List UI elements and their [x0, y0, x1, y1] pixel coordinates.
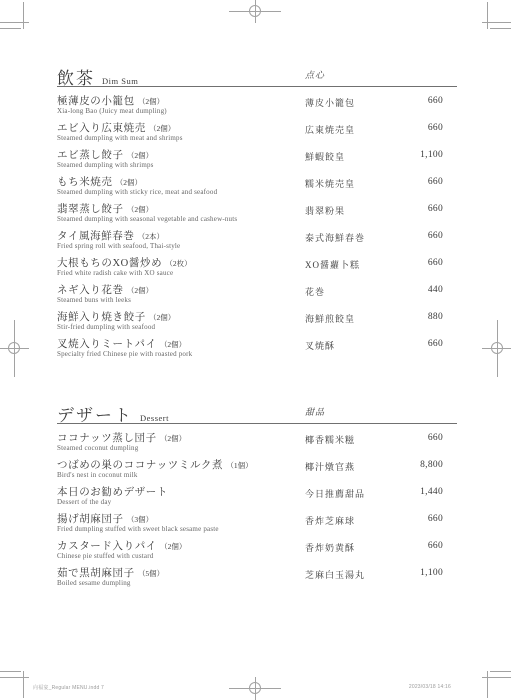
item-name-japanese: 茹で黒胡麻団子 （5個）: [57, 568, 457, 579]
item-name-japanese: カスタード入りパイ （2個）: [57, 541, 457, 552]
section-title-chinese: 甜品: [305, 405, 325, 418]
item-name-japanese: エビ蒸し餃子 （2個）: [57, 150, 457, 161]
item-name-chinese: XO醤蘿卜糕: [305, 258, 360, 271]
item-quantity: （2個）: [160, 434, 186, 443]
section-title-japanese: 飲茶: [57, 64, 95, 89]
item-quantity: （2枚）: [165, 259, 191, 268]
item-quantity: （2個）: [160, 340, 186, 349]
menu-item-row: ココナッツ蒸し団子 （2個） Steamed coconut dumpling …: [57, 424, 457, 451]
item-name-chinese: 翡翠粉果: [305, 204, 345, 217]
menu-item-row: カスタード入りパイ （2個） Chinese pie stuffed with …: [57, 532, 457, 559]
item-quantity: （2個）: [127, 286, 153, 295]
item-quantity: （2個）: [127, 151, 153, 160]
section-title-english: Dim Sum: [102, 76, 138, 86]
item-name-japanese: 極薄皮の小籠包 （2個）: [57, 96, 457, 107]
item-name-japanese: 本日のお勧めデザート: [57, 487, 457, 498]
item-name-chinese: 芝麻白玉湯丸: [305, 568, 365, 581]
item-price: 660: [428, 514, 443, 524]
item-name-japanese: 翡翠蒸し餃子 （2個）: [57, 204, 457, 215]
item-name-chinese: 広東焼売皇: [305, 123, 355, 136]
item-name-japanese: 揚げ胡麻団子 （3個）: [57, 514, 457, 525]
item-quantity: （2本）: [138, 232, 164, 241]
menu-sections: 飲茶Dim Sum 点心 極薄皮の小籠包 （2個） Xia-long Bao (…: [57, 64, 457, 630]
item-quantity: （1個）: [226, 461, 252, 470]
item-price: 660: [428, 96, 443, 106]
item-price: 660: [428, 231, 443, 241]
menu-item-row: 叉焼入りミートパイ （2個） Specialty fried Chinese p…: [57, 330, 457, 357]
item-price: 1,100: [420, 150, 443, 160]
item-name-chinese: 糯米焼売皇: [305, 177, 355, 190]
item-description-english: Specialty fried Chinese pie with roasted…: [57, 350, 457, 359]
item-price: 660: [428, 204, 443, 214]
item-name-chinese: 叉焼酥: [305, 339, 335, 352]
item-name-chinese: 鮮蝦餃皇: [305, 150, 345, 163]
menu-item-row: タイ風海鮮春巻 （2本） Fried spring roll with seaf…: [57, 222, 457, 249]
menu-item-row: 極薄皮の小籠包 （2個） Xia-long Bao (Juicy meat du…: [57, 87, 457, 114]
item-name-japanese: 大根もちのXO醤炒め （2枚）: [57, 258, 457, 269]
section-header: デザートDessert 甜品: [57, 401, 457, 421]
item-name-japanese: ネギ入り花巻 （2個）: [57, 285, 457, 296]
item-price: 8,800: [420, 460, 443, 470]
item-name-japanese: ココナッツ蒸し団子 （2個）: [57, 433, 457, 444]
section-items: ココナッツ蒸し団子 （2個） Steamed coconut dumpling …: [57, 424, 457, 586]
menu-item-row: 翡翠蒸し餃子 （2個） Steamed dumpling with season…: [57, 195, 457, 222]
section-title-english: Dessert: [140, 413, 169, 423]
item-name-japanese: もち米焼売 （2個）: [57, 177, 457, 188]
menu-item-row: エビ入り広東焼売 （2個） Steamed dumpling with meat…: [57, 114, 457, 141]
item-name-japanese: 叉焼入りミートパイ （2個）: [57, 339, 457, 350]
menu-item-row: 海鮮入り焼き餃子 （2個） Stir-fried dumpling with s…: [57, 303, 457, 330]
menu-item-row: 大根もちのXO醤炒め （2枚） Fried white radish cake …: [57, 249, 457, 276]
timestamp-slug-text: 2023/03/18 14:16: [393, 684, 451, 690]
menu-item-row: もち米焼売 （2個） Steamed dumpling with sticky …: [57, 168, 457, 195]
item-name-chinese: 泰式海鮮春巻: [305, 231, 365, 244]
file-slug-text: 向福宴_Regular MENU.indd 7: [33, 684, 104, 691]
menu-item-row: ネギ入り花巻 （2個） Steamed buns with leeks 花巻 4…: [57, 276, 457, 303]
section-items: 極薄皮の小籠包 （2個） Xia-long Bao (Juicy meat du…: [57, 87, 457, 357]
item-quantity: （3個）: [127, 515, 153, 524]
item-quantity: （2個）: [116, 178, 142, 187]
item-name-chinese: 海鮮煎餃皇: [305, 312, 355, 325]
menu-print-proof-page: 飲茶Dim Sum 点心 極薄皮の小籠包 （2個） Xia-long Bao (…: [0, 0, 511, 700]
menu-section: デザートDessert 甜品 ココナッツ蒸し団子 （2個） Steamed co…: [57, 401, 457, 586]
item-name-chinese: 香炸奶黄酥: [305, 541, 355, 554]
item-quantity: （2個）: [160, 542, 186, 551]
menu-item-row: 茹で黒胡麻団子 （5個） Boiled sesame dumpling 芝麻白玉…: [57, 559, 457, 586]
section-header: 飲茶Dim Sum 点心: [57, 64, 457, 84]
item-name-chinese: 花巻: [305, 285, 325, 298]
item-price: 660: [428, 339, 443, 349]
item-price: 660: [428, 541, 443, 551]
item-name-japanese: エビ入り広東焼売 （2個）: [57, 123, 457, 134]
item-price: 660: [428, 123, 443, 133]
item-name-chinese: 椰香糯米糍: [305, 433, 355, 446]
item-quantity: （2個）: [149, 313, 175, 322]
menu-item-row: つばめの巣のココナッツミルク煮 （1個） Bird's nest in coco…: [57, 451, 457, 478]
item-quantity: （2個）: [138, 97, 164, 106]
item-name-chinese: 薄皮小籠包: [305, 96, 355, 109]
item-price: 660: [428, 177, 443, 187]
menu-item-row: 本日のお勧めデザート Dessert of the day 今日推薦甜品 1,4…: [57, 478, 457, 505]
item-name-japanese: 海鮮入り焼き餃子 （2個）: [57, 312, 457, 323]
section-title-chinese: 点心: [305, 68, 325, 81]
item-price: 660: [428, 433, 443, 443]
item-price: 440: [428, 285, 443, 295]
item-quantity: （5個）: [138, 569, 164, 578]
section-title-japanese: デザート: [57, 401, 133, 426]
item-name-chinese: 香炸芝麻球: [305, 514, 355, 527]
item-price: 660: [428, 258, 443, 268]
item-name-japanese: つばめの巣のココナッツミルク煮 （1個）: [57, 460, 457, 471]
menu-item-row: エビ蒸し餃子 （2個） Steamed dumpling with shrimp…: [57, 141, 457, 168]
menu-section: 飲茶Dim Sum 点心 極薄皮の小籠包 （2個） Xia-long Bao (…: [57, 64, 457, 357]
item-price: 880: [428, 312, 443, 322]
item-name-japanese: タイ風海鮮春巻 （2本）: [57, 231, 457, 242]
item-price: 1,440: [420, 487, 443, 497]
menu-item-row: 揚げ胡麻団子 （3個） Fried dumpling stuffed with …: [57, 505, 457, 532]
item-price: 1,100: [420, 568, 443, 578]
item-quantity: （2個）: [149, 124, 175, 133]
item-description-english: Boiled sesame dumpling: [57, 579, 457, 588]
item-name-chinese: 椰汁燉官燕: [305, 460, 355, 473]
item-quantity: （2個）: [127, 205, 153, 214]
item-name-chinese: 今日推薦甜品: [305, 487, 365, 500]
